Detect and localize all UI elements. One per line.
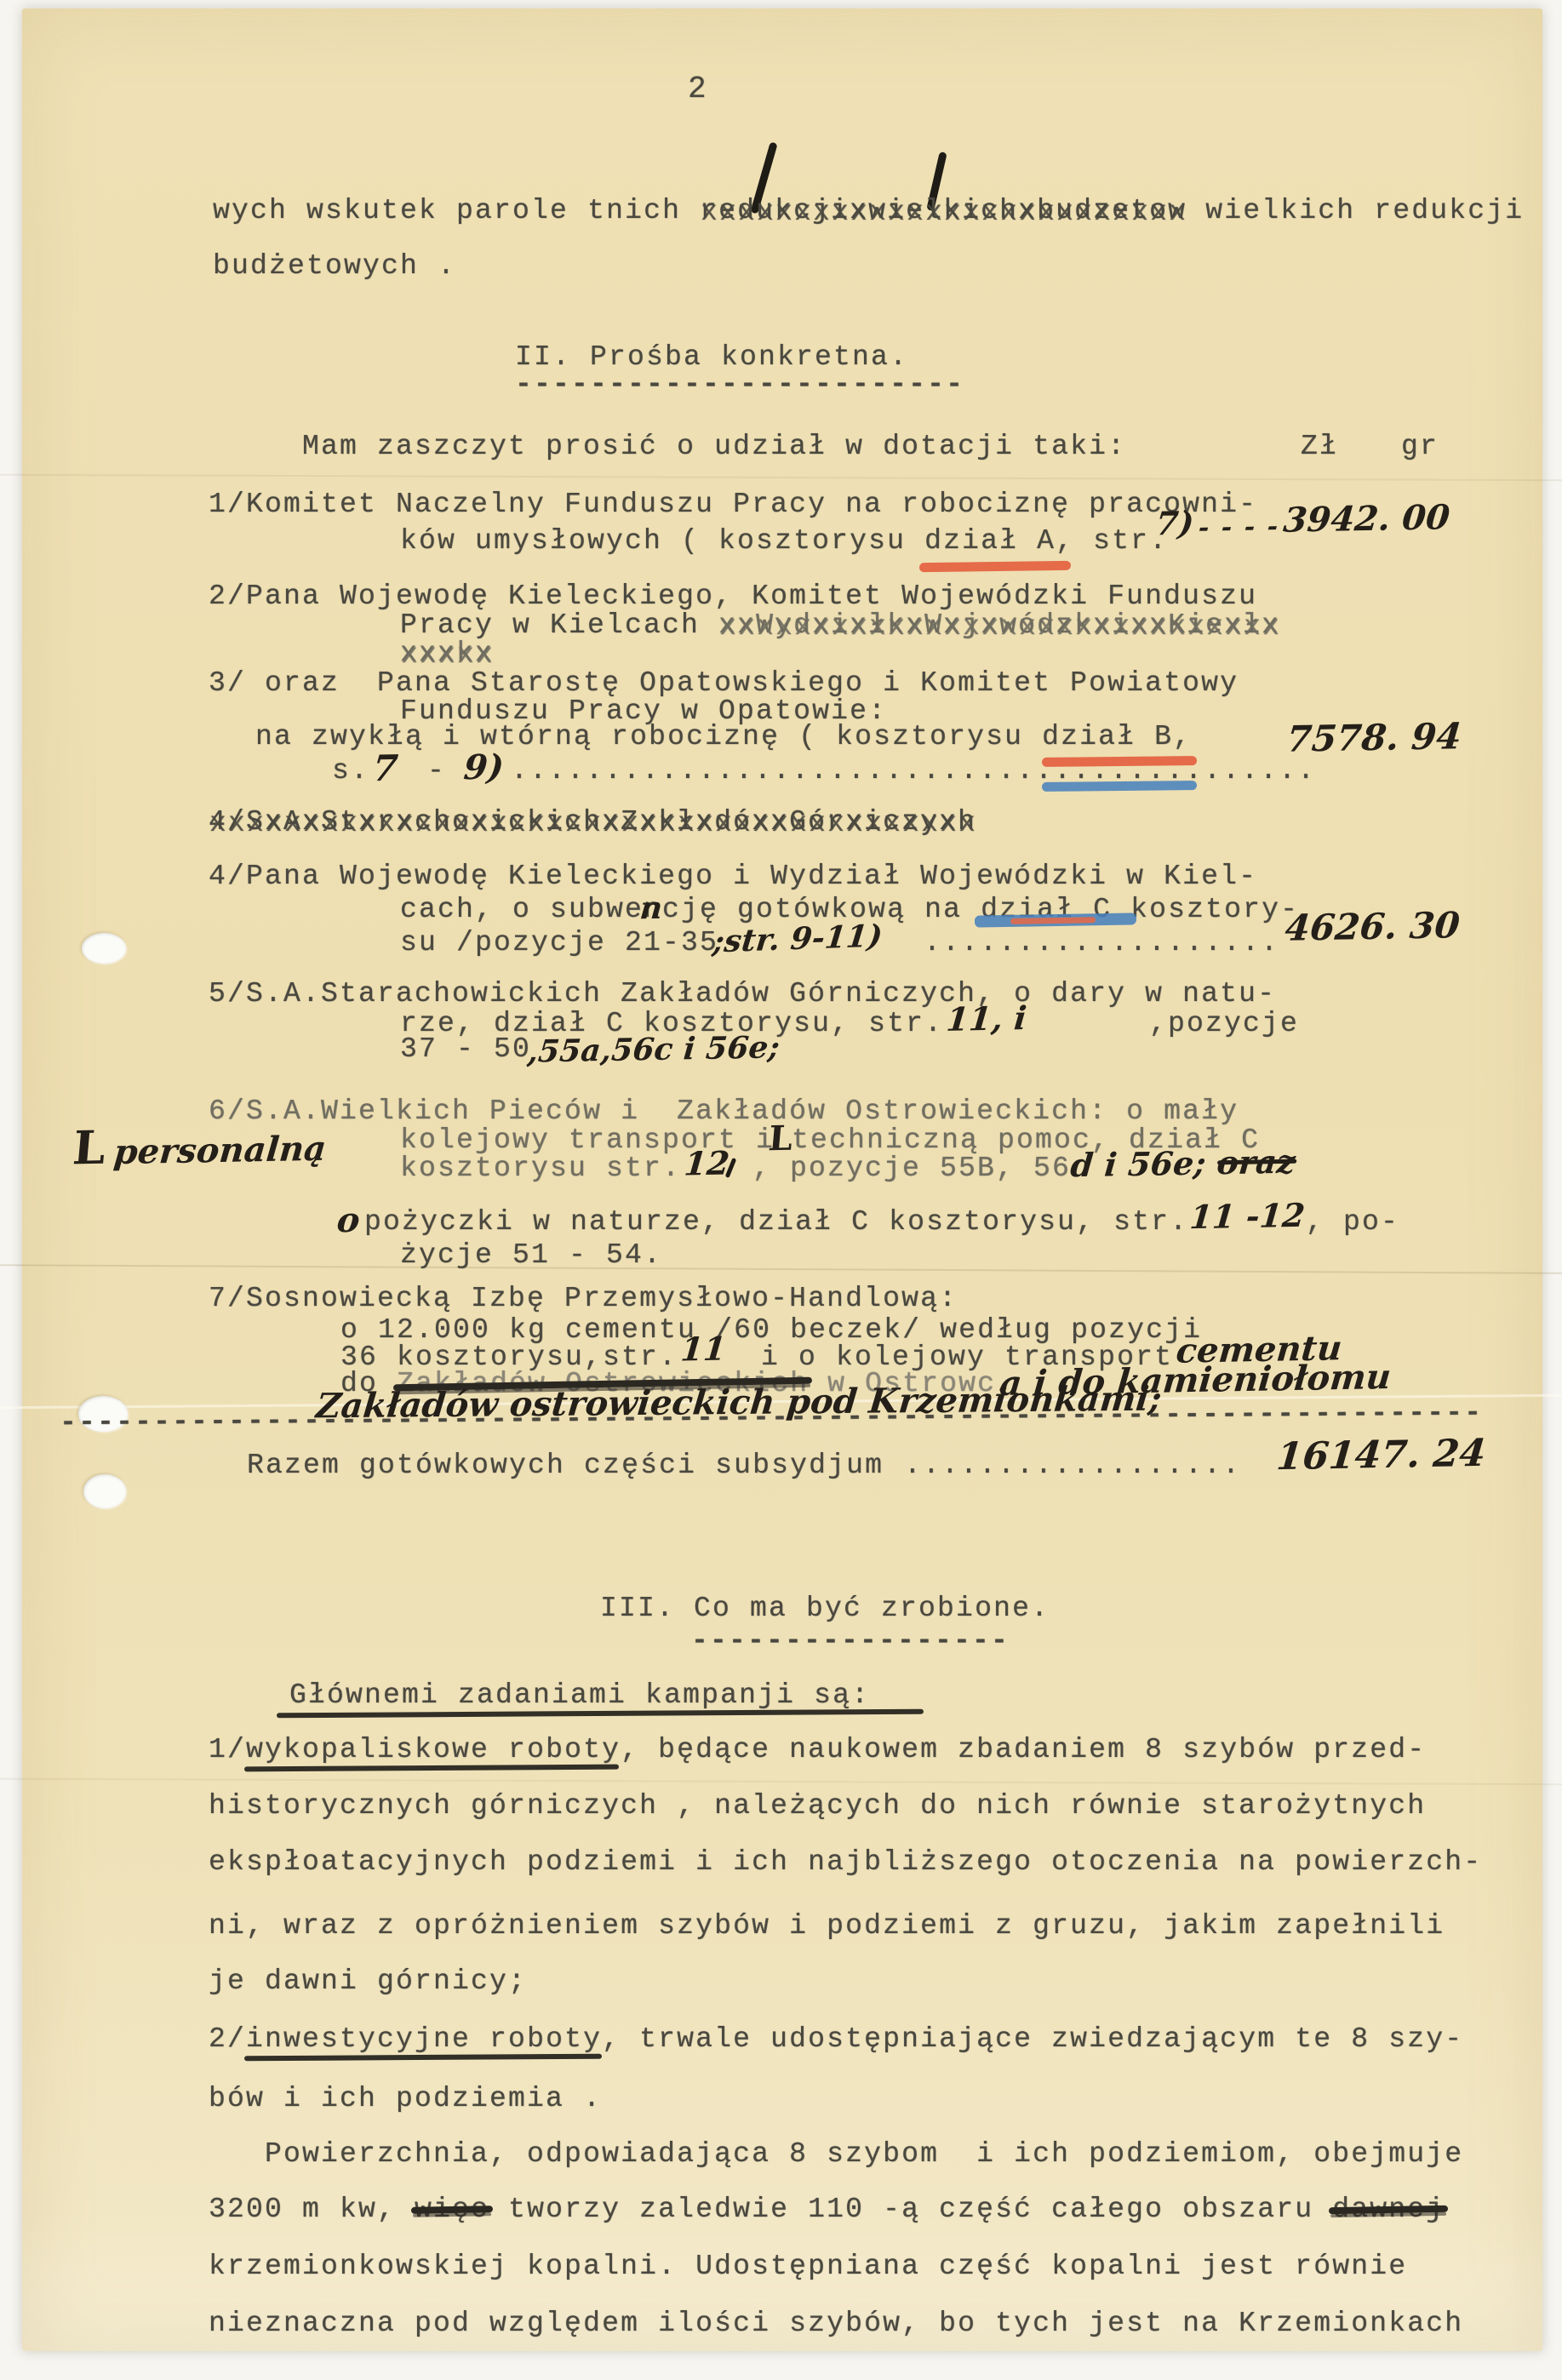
request-lead-line: Mam zaszczyt prosić o udział w dotacji t… bbox=[302, 430, 1126, 464]
item4-dot-leader: ................... bbox=[924, 926, 1279, 960]
task1-line1: 1/wykopaliskowe roboty, będące naukowem … bbox=[209, 1733, 1426, 1767]
intro-text: wych wskutek parole tnich bbox=[213, 195, 700, 226]
handwritten-positions: ,55a,56c i 56e; bbox=[526, 1029, 781, 1069]
section-ii-rule: ------------------------ bbox=[515, 368, 964, 402]
task1-line5: je dawni górnicy; bbox=[209, 1965, 527, 1999]
task2-text: , trwale udostępniające zwiedzającym te … bbox=[602, 2023, 1463, 2055]
handwritten-text: d i 56e; bbox=[1069, 1143, 1219, 1184]
handwritten-o: o bbox=[335, 1200, 362, 1240]
task1-number: 1/ bbox=[209, 1734, 246, 1765]
overstruck-text: redukcjixwielkichxbudzetow bbox=[700, 194, 1187, 228]
handwritten-page-ref: 9) bbox=[462, 747, 506, 788]
item4-line3: su /pozycje 21-35 bbox=[400, 926, 718, 960]
amount-7578: 7578. 94 bbox=[1285, 715, 1463, 760]
task1-line3: ekspłoatacyjnych podziemi i ich najbliżs… bbox=[209, 1845, 1482, 1879]
handwritten-page-ref: 7 bbox=[371, 747, 400, 790]
item3-line4: s. bbox=[332, 754, 369, 788]
item4-text: kosztory- bbox=[1112, 894, 1299, 925]
surface-text: tworzy zaledwie 110 -ą część całego obsz… bbox=[489, 2194, 1332, 2225]
overstruck-text: xxxkx bbox=[400, 637, 494, 671]
surface-para-line1: Powierzchnia, odpowiadająca 8 szybom i i… bbox=[209, 2137, 1463, 2171]
task1-text: , będące naukowem zbadaniem 8 szybów prz… bbox=[621, 1734, 1426, 1765]
task2-keyword: inwestycyjne roboty bbox=[246, 2023, 602, 2055]
handwritten-correction-n: n bbox=[638, 890, 664, 926]
handwritten-page-ref: ;str. 9-11) bbox=[711, 918, 884, 960]
ink-struck-wiec: więc bbox=[415, 2194, 489, 2225]
margin-note-personalna: personalną bbox=[112, 1129, 328, 1172]
intro-line-1: wych wskutek parole tnich redukcjixwielk… bbox=[213, 194, 1524, 228]
struck-handwriting: oraz bbox=[1216, 1142, 1297, 1182]
item1-text: , str. bbox=[1056, 525, 1168, 557]
handwritten-page-ref: 11 -12 bbox=[1188, 1196, 1307, 1236]
dzial-a-label: dział A bbox=[924, 525, 1056, 557]
task1-keyword: wykopaliskowe roboty bbox=[246, 1734, 621, 1765]
task1-line4: ni, wraz z opróżnieniem szybów i podziem… bbox=[209, 1909, 1445, 1943]
dzial-b-label: dział B, bbox=[1042, 721, 1192, 752]
handwritten-page-ref: 11, i bbox=[945, 998, 1028, 1038]
loan-line1b: , po- bbox=[1306, 1205, 1399, 1239]
loan-line2: życje 51 - 54. bbox=[400, 1239, 662, 1273]
page-number: 2 bbox=[688, 72, 708, 106]
margin-insertion-mark: L bbox=[71, 1120, 108, 1176]
section-iii-title: III. Co ma być zrobione. bbox=[600, 1592, 1050, 1626]
item5-line2b: ,pozycje bbox=[1149, 1007, 1299, 1041]
item6-line3: kosztorysu str. bbox=[400, 1152, 681, 1186]
handwritten-page-ref: 12 bbox=[683, 1144, 731, 1183]
item3-line4-dash: - bbox=[427, 754, 446, 788]
surface-para-line2: 3200 m kw, więc tworzy zaledwie 110 -ą c… bbox=[209, 2193, 1445, 2227]
column-header-gr: gr bbox=[1401, 430, 1439, 464]
task2-line2: bów i ich podziemia . bbox=[209, 2082, 602, 2116]
surface-para-line4: nieznaczna pod względem ilości szybów, b… bbox=[209, 2307, 1463, 2341]
amount-total-16147: 16147. 24 bbox=[1275, 1432, 1488, 1479]
amount-4626: 4626. 30 bbox=[1284, 904, 1462, 949]
surface-para-line3: krzemionkowskiej kopalni. Udostępniana c… bbox=[209, 2250, 1407, 2284]
item4-line1: 4/Pana Wojewodę Kieleckiego i Wydział Wo… bbox=[209, 860, 1257, 894]
surface-text: 3200 m kw, bbox=[209, 2194, 415, 2225]
item3-text: na zwykłą i wtórną robociznę ( kosztorys… bbox=[255, 721, 1042, 752]
punch-hole bbox=[83, 1474, 126, 1508]
punch-hole bbox=[82, 933, 126, 964]
item7-line1: 7/Sosnowiecką Izbę Przemysłowo-Handlową: bbox=[209, 1282, 958, 1316]
task2-number: 2/ bbox=[209, 2023, 246, 2055]
item1-text: ków umysłowych ( kosztorysu bbox=[400, 525, 924, 557]
item2-line2: Pracy w Kielcach xxWydxixłkxWxjxwódzkxix… bbox=[400, 609, 1280, 643]
overstruck-text: 4/SxAxStxrxchoxickichxZxkłxdóxxGórxiczyx… bbox=[209, 805, 976, 839]
ink-struck-dawnej: dawnej bbox=[1332, 2194, 1445, 2225]
loan-line1: pożyczki w naturze, dział C kosztorysu, … bbox=[364, 1205, 1188, 1239]
section-iii-lead: Głównemi zadaniami kampanji są: bbox=[289, 1679, 870, 1713]
red-mark-dzial-c bbox=[1010, 917, 1096, 924]
item4-text: cach, o subwencję gotówkową na bbox=[400, 894, 981, 925]
total-dot-leader: .................. bbox=[904, 1449, 1241, 1483]
item6-line3b: , pozycje 55B, 56 bbox=[752, 1152, 1071, 1186]
item2-line3: xxxkx bbox=[400, 637, 494, 671]
intro-text: wielkich redukcji bbox=[1187, 195, 1524, 226]
total-line-label: Razem gotówkowych części subsydjum bbox=[247, 1449, 902, 1483]
struck-out-line: 4/SxAxStxrxchoxickichxZxkłxdóxxGórxiczyx… bbox=[209, 805, 976, 839]
item5-line3: 37 - 50 bbox=[400, 1033, 531, 1067]
blue-underline-dzial-b bbox=[1042, 781, 1197, 792]
handwritten-page-ref: 7) bbox=[1154, 504, 1195, 543]
amount-3942: 3942. 00 bbox=[1282, 497, 1451, 540]
column-header-zl: Zł bbox=[1301, 430, 1338, 464]
overstruck-text: xxWydxixłkxWxjxwódzkxixxKiexłx bbox=[718, 609, 1280, 643]
section-iii-rule: ----------------- bbox=[691, 1624, 1010, 1658]
item1-line2: ków umysłowych ( kosztorysu dział A, str… bbox=[400, 524, 1168, 558]
task1-line2: historycznych górniczych , należących do… bbox=[209, 1789, 1426, 1823]
item5-line1: 5/S.A.Starachowickich Zakładów Górniczyc… bbox=[209, 977, 1276, 1011]
item1-line1: 1/Komitet Naczelny Funduszu Pracy na rob… bbox=[209, 488, 1257, 522]
task2-line1: 2/inwestycyjne roboty, trwale udostępnia… bbox=[209, 2022, 1463, 2057]
handwritten-dashes: - - - - bbox=[1197, 512, 1280, 543]
intro-line-2: budżetowych . bbox=[213, 249, 456, 283]
handwritten-positions: d i 56e; oraz bbox=[1069, 1142, 1297, 1185]
handwritten-page-ref: 11 bbox=[679, 1330, 728, 1369]
